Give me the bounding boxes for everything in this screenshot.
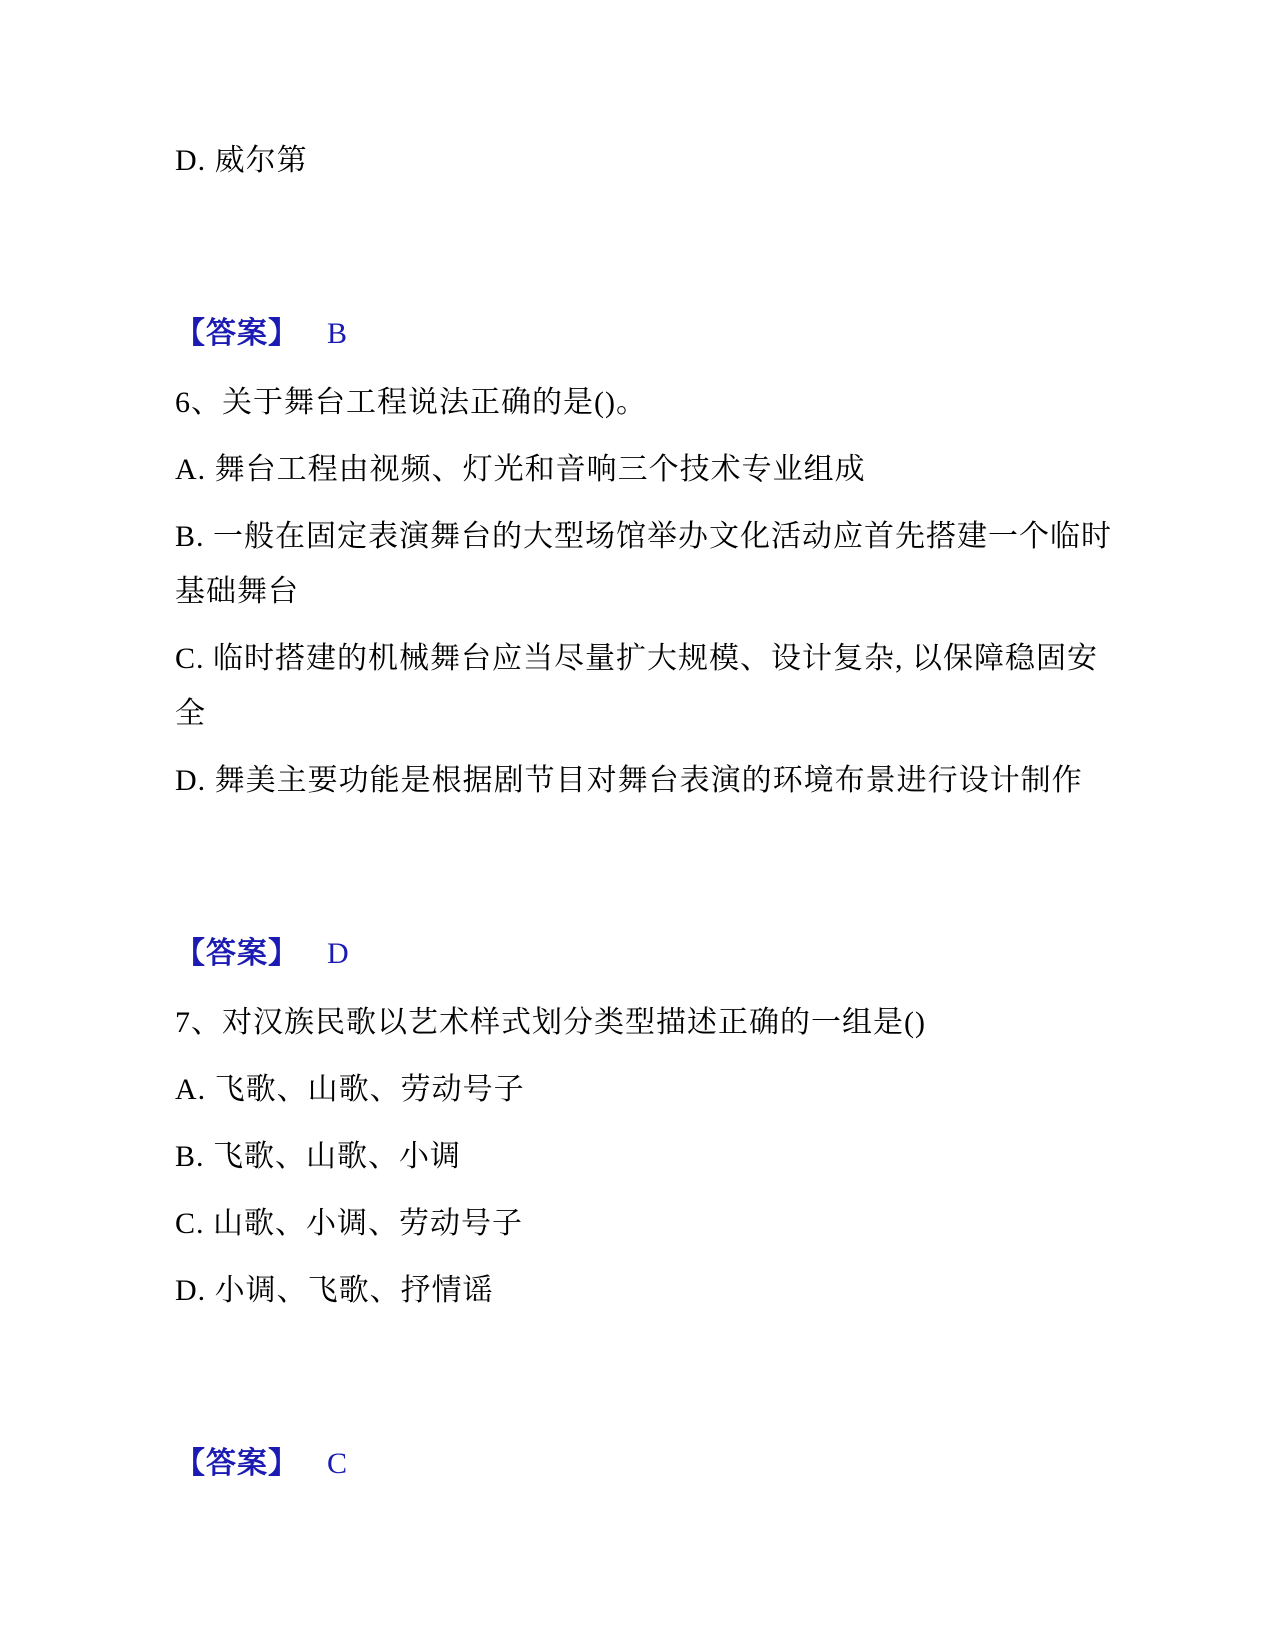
question-7-answer-line: 【答案】C — [175, 1436, 1125, 1491]
question-5-answer-line: 【答案】B — [175, 306, 1125, 361]
question-7-answer-label: 【答案】 — [175, 1447, 299, 1480]
question-6-answer-value: D — [327, 926, 350, 981]
question-6-option-a: A. 舞台工程由视频、灯光和音响三个技术专业组成 — [175, 442, 1125, 497]
question-7-text: 7、对汉族民歌以艺术样式划分类型描述正确的一组是() — [175, 995, 1125, 1050]
question-6-text: 6、关于舞台工程说法正确的是()。 — [175, 375, 1125, 430]
question-6-option-d: D. 舞美主要功能是根据剧节目对舞台表演的环境布景进行设计制作 — [175, 753, 1125, 808]
question-6-answer-line: 【答案】D — [175, 926, 1125, 981]
question-7-option-a: A. 飞歌、山歌、劳动号子 — [175, 1062, 1125, 1117]
question-5-answer-label: 【答案】 — [175, 317, 299, 350]
question-7-option-b: B. 飞歌、山歌、小调 — [175, 1129, 1125, 1184]
question-7-option-c: C. 山歌、小调、劳动号子 — [175, 1196, 1125, 1251]
question-7-option-d: D. 小调、飞歌、抒情谣 — [175, 1263, 1125, 1318]
document-page: D. 威尔第 【答案】B 6、关于舞台工程说法正确的是()。 A. 舞台工程由视… — [0, 0, 1275, 1650]
document-content: D. 威尔第 【答案】B 6、关于舞台工程说法正确的是()。 A. 舞台工程由视… — [0, 0, 1275, 1491]
question-6-option-b: B. 一般在固定表演舞台的大型场馆举办文化活动应首先搭建一个临时基础舞台 — [175, 509, 1125, 619]
question-5-answer-value: B — [327, 306, 348, 361]
question-5-option-d: D. 威尔第 — [175, 133, 1125, 188]
question-6-option-c: C. 临时搭建的机械舞台应当尽量扩大规模、设计复杂, 以保障稳固安全 — [175, 631, 1125, 741]
question-6-answer-label: 【答案】 — [175, 937, 299, 970]
question-7-answer-value: C — [327, 1436, 348, 1491]
